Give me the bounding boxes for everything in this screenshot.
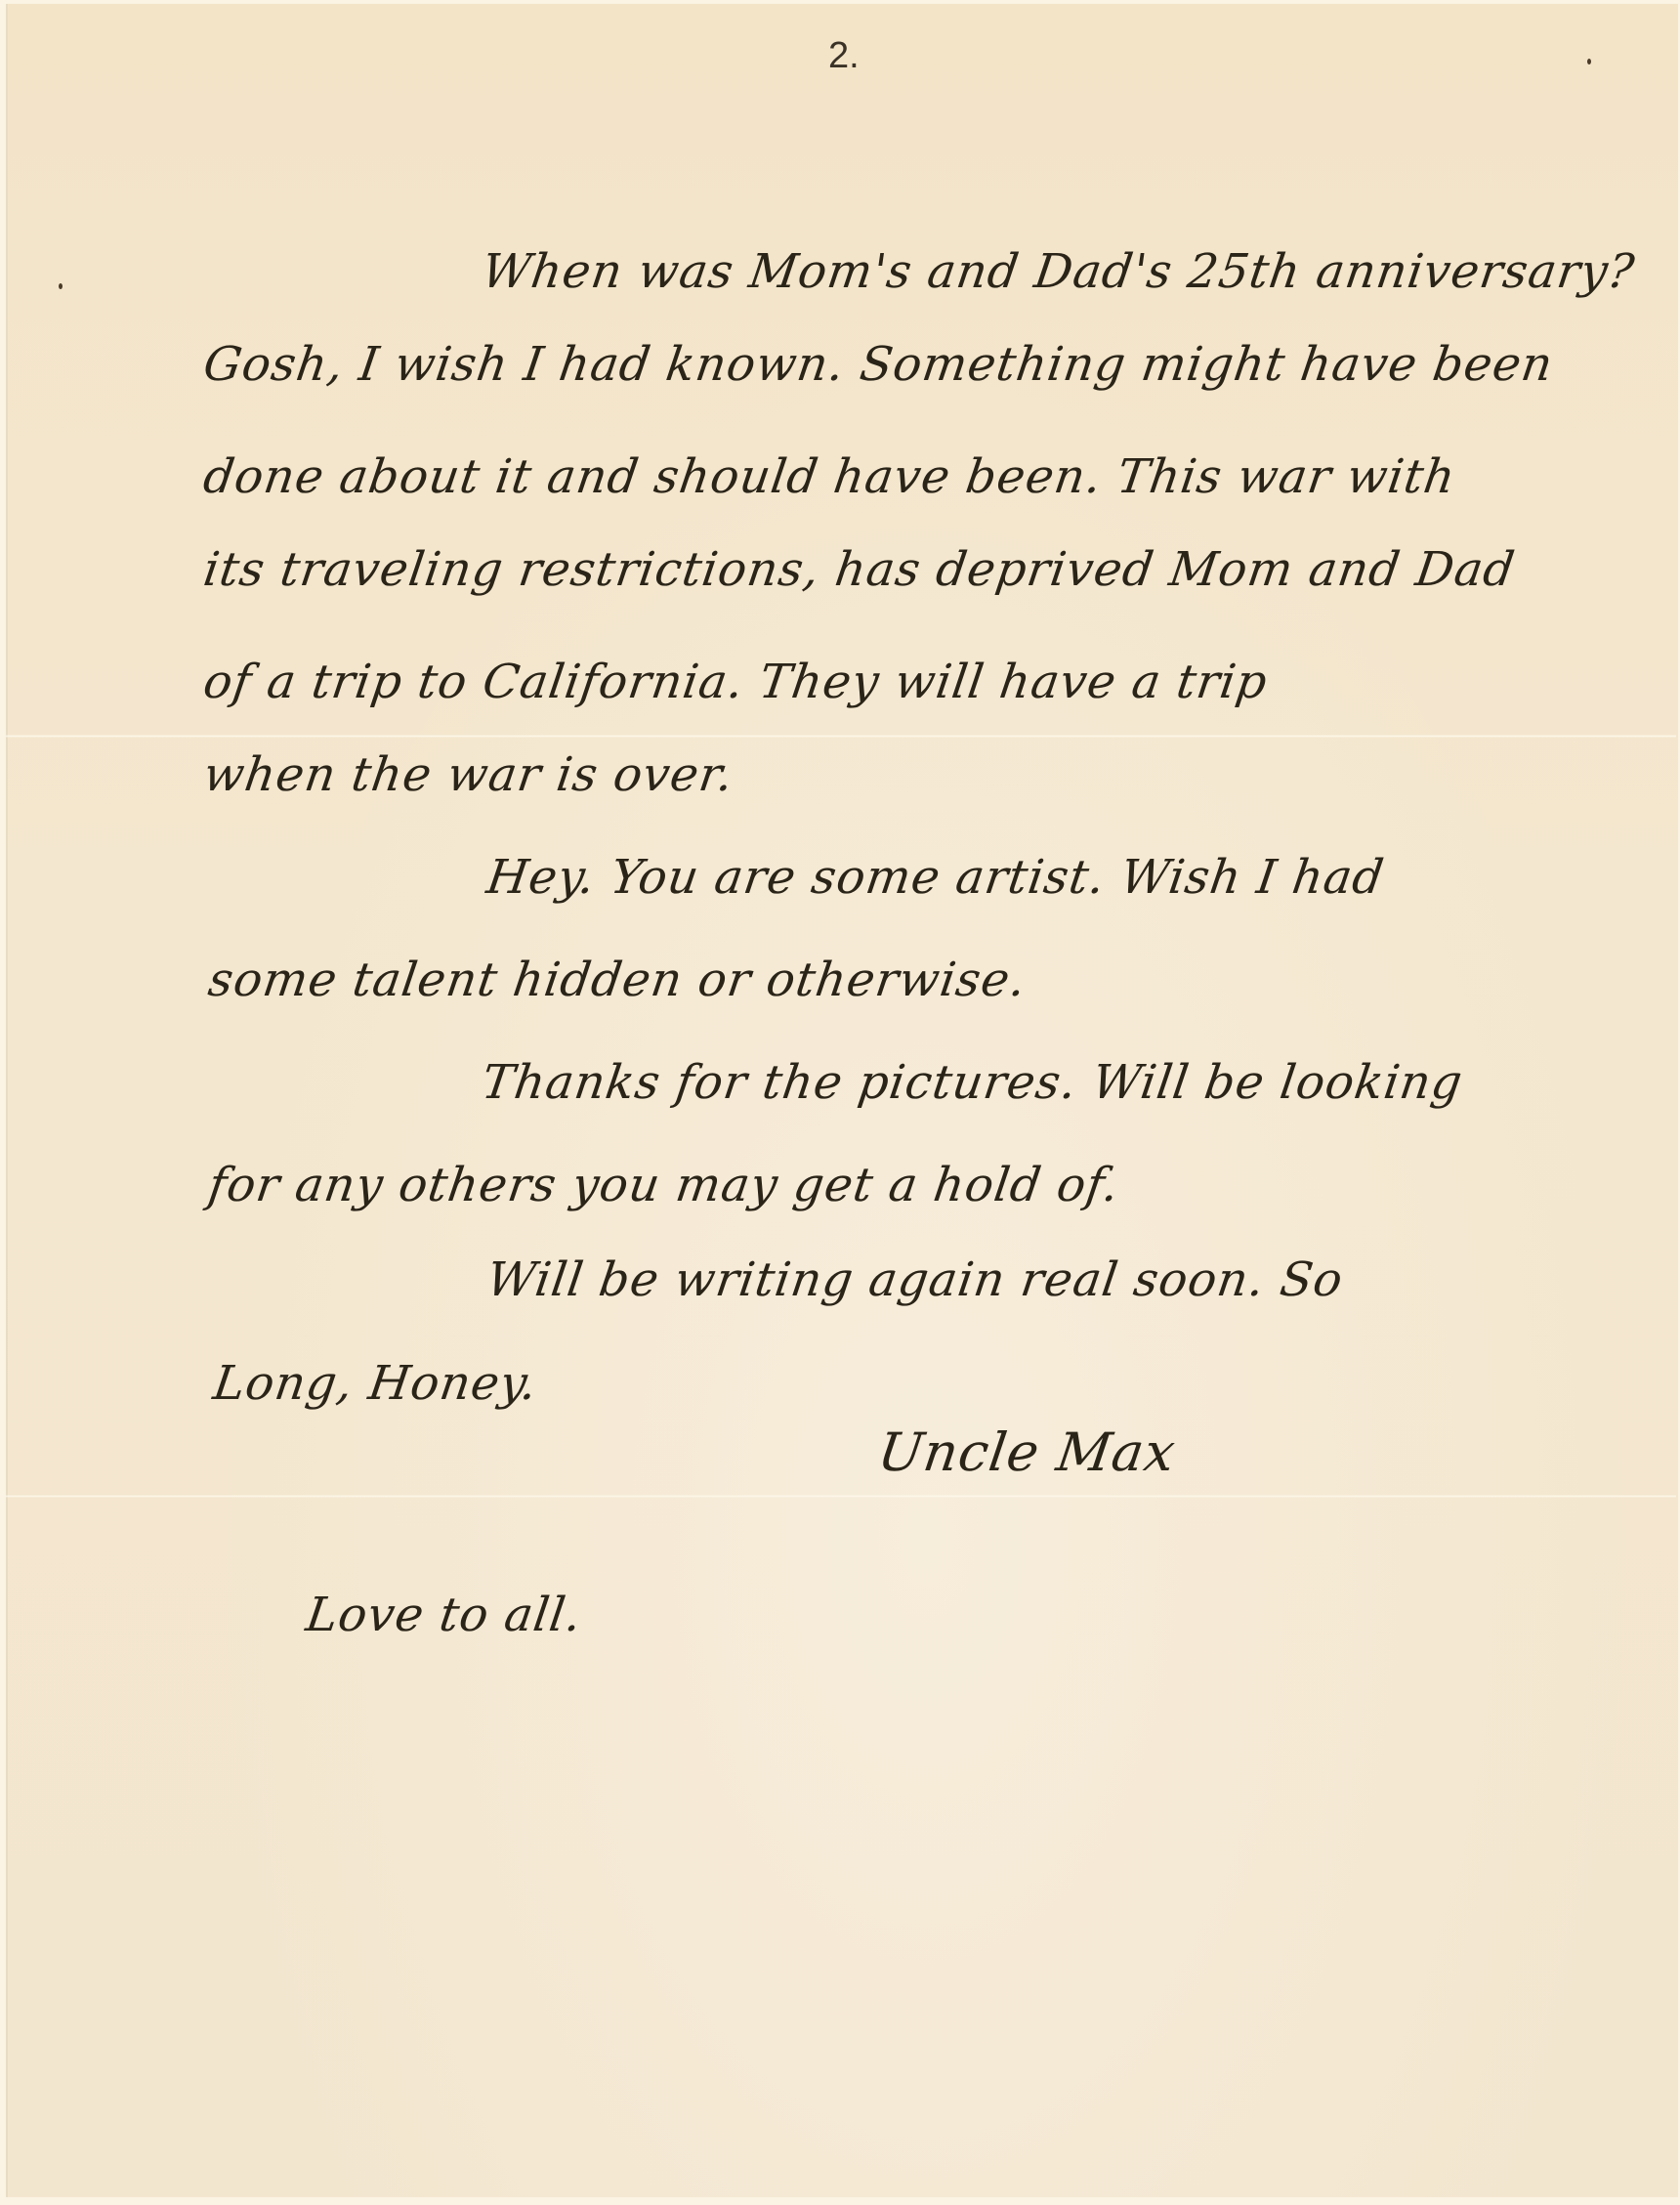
- ink-speck: [1587, 59, 1591, 64]
- letter-line: Hey. You are some artist. Wish I had: [483, 850, 1388, 905]
- fold-line: [6, 735, 1676, 738]
- fold-line: [6, 1495, 1676, 1498]
- letter-line: done about it and should have been. This…: [200, 449, 1459, 504]
- letter-line: Will be writing again real soon. So: [483, 1252, 1347, 1307]
- page-number: 2.: [828, 35, 860, 77]
- letter-line: its traveling restrictions, has deprived…: [200, 542, 1519, 597]
- letter-line: for any others you may get a hold of.: [205, 1158, 1123, 1212]
- letter-line: Gosh, I wish I had known. Something migh…: [200, 337, 1557, 392]
- signature: Uncle Max: [874, 1421, 1180, 1483]
- letter-line: of a trip to California. They will have …: [200, 655, 1271, 709]
- postscript: Love to all.: [303, 1588, 585, 1642]
- letter-line: Thanks for the pictures. Will be looking: [479, 1055, 1466, 1110]
- letter-line: some talent hidden or otherwise.: [205, 953, 1029, 1007]
- letter-line: When was Mom's and Dad's 25th anniversar…: [479, 244, 1638, 299]
- letter-line: when the war is over.: [200, 747, 737, 802]
- ink-speck: [59, 283, 63, 289]
- letter-line: Long, Honey.: [210, 1356, 541, 1411]
